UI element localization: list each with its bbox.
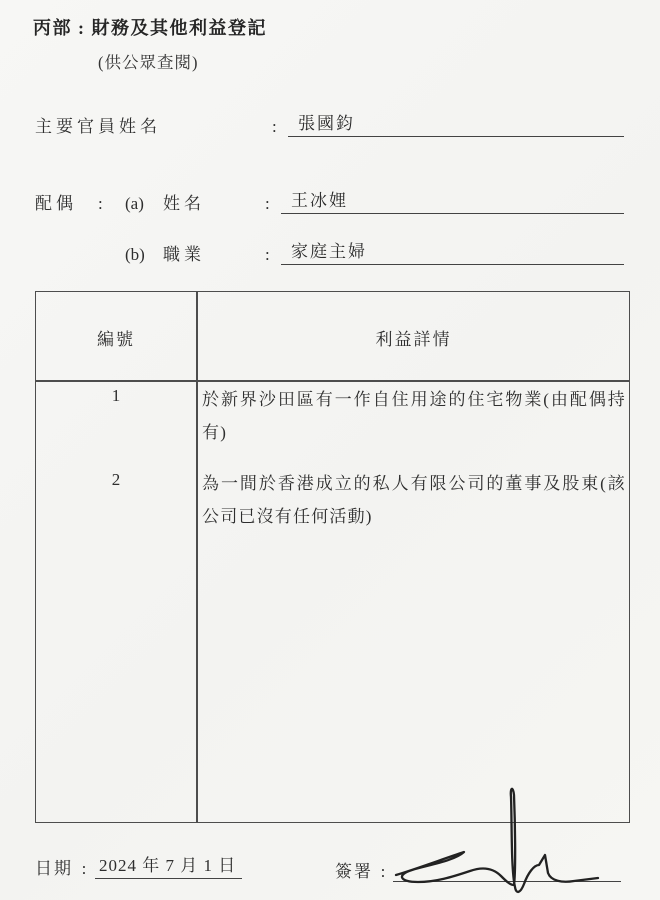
row-details: 為一間於香港成立的私人有限公司的董事及股東(該公司已沒有任何活動) — [202, 467, 626, 533]
field-date: 日期 : 2024 年 7 月 1 日 — [35, 851, 242, 879]
field-spouse-occupation: (b) 職業 : 家庭主婦 — [35, 237, 624, 265]
table-header-divider — [36, 380, 629, 382]
official-name-value: 張國鈞 — [288, 109, 624, 137]
table-header-number: 編號 — [36, 325, 196, 350]
signature-image — [388, 775, 618, 900]
spouse-occupation-prefix: (b) — [125, 245, 163, 265]
row-details: 於新界沙田區有一作自住用途的住宅物業(由配偶持有) — [202, 383, 626, 449]
date-value: 2024 年 7 月 1 日 — [95, 851, 242, 879]
spouse-occupation-label: 職業 — [163, 240, 265, 265]
spouse-name-value: 王冰娌 — [281, 186, 624, 214]
date-colon: : — [73, 859, 95, 879]
field-spouse-name: 配偶 : (a) 姓名 : 王冰娌 — [35, 186, 624, 214]
date-label: 日期 — [35, 854, 73, 879]
official-name-colon: : — [272, 117, 288, 137]
row-number: 2 — [36, 470, 196, 490]
row-number: 1 — [36, 386, 196, 406]
spouse-occupation-colon: : — [265, 245, 281, 265]
spouse-label: 配偶 — [35, 189, 98, 214]
spouse-name-label: 姓名 — [163, 189, 265, 214]
spouse-name-prefix: (a) — [125, 194, 163, 214]
field-official-name: 主要官員姓名 : 張國鈞 — [35, 109, 624, 137]
table-header-details: 利益詳情 — [198, 325, 629, 350]
signature-label: 簽署 — [335, 857, 373, 882]
spouse-name-colon: : — [265, 194, 281, 214]
page-subtitle: (供公眾查閱) — [98, 49, 199, 73]
spouse-occupation-value: 家庭主婦 — [281, 237, 624, 265]
scanned-declaration-form: 丙部 : 財務及其他利益登記 (供公眾查閱) 主要官員姓名 : 張國鈞 配偶 :… — [0, 0, 660, 900]
interests-table: 編號 利益詳情 1 於新界沙田區有一作自住用途的住宅物業(由配偶持有) 2 為一… — [35, 291, 630, 823]
page-title: 丙部 : 財務及其他利益登記 — [33, 14, 267, 40]
table-column-divider — [196, 292, 198, 822]
official-name-label: 主要官員姓名 — [35, 112, 272, 137]
spouse-colon: : — [98, 194, 125, 214]
